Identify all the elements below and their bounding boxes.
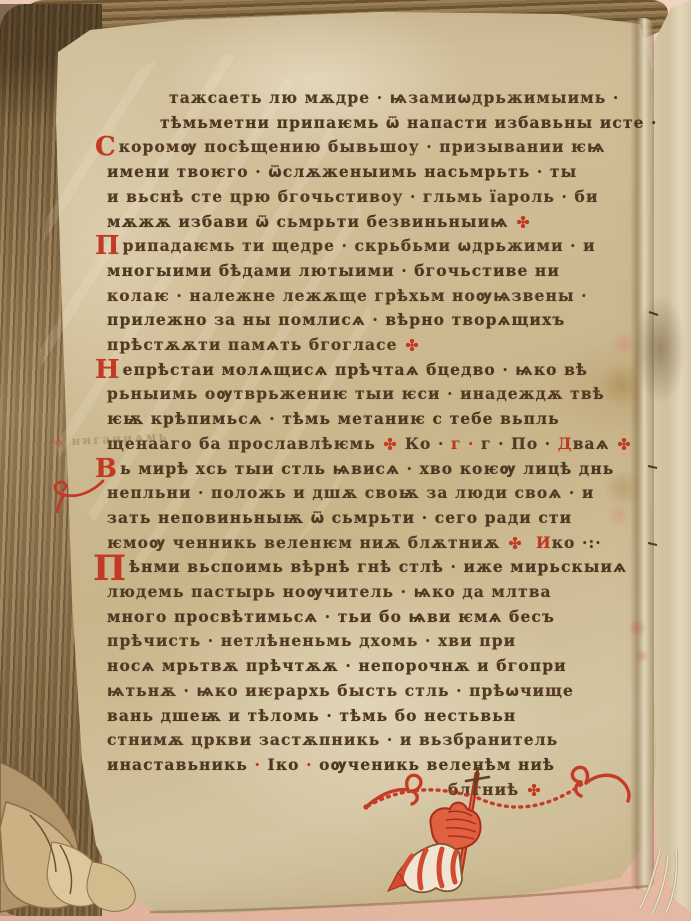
rubric-initial: В [95,461,118,477]
text-line: зать неповиньныѭ ѿ сьмрьти · сего ради с… [107,508,572,528]
text-segment [523,533,536,552]
text-segment: прѣстѫѫти памѧть бгогласе [107,335,404,354]
text-segment: мѫжѫ избави ѿ сьмрьти безвиньныиѩ [107,212,515,231]
text-line: ѥѭ крѣпимьсѧ · тѣмь метаниѥ с тебе вьпль [107,409,560,429]
text-line: много просвѣтимьсѧ · тьи бо ѩви ѥмѧ бесъ [107,607,555,627]
text-segment: много просвѣтимьсѧ · тьи бо ѩви ѥмѧ бесъ [107,607,555,626]
stain [634,295,686,403]
text-line: имени твоѥго · ѿслѫженыимь насьмрьть · т… [107,162,577,182]
text-line: мѫжѫ избави ѿ сьмрьти безвиньныиѩ [107,212,531,232]
text-line: многыими бѣдами лютыими · бгочьстиве ни [107,261,560,281]
text-segment: людемь пастырь ноѹчитель · ѩко да млтва [107,582,552,601]
text-segment: г · [451,434,475,453]
text-segment: Д [558,434,573,453]
text-segment: рипадаѥмь ти щедре · скрьбьми ѡдрьжими ·… [123,236,596,255]
text-segment: непльни · положь и дшѫ своѭ за люди своѧ… [107,483,594,502]
rubric-ornament [384,438,396,450]
red-smudge [634,648,648,664]
text-segment: епрѣстаи молѧщисѧ прѣчтаѧ бцедво · ѩко в… [123,360,588,379]
text-segment: щенааго ба прославлѣѥмь [107,434,382,453]
text-segment: ко ·:· [552,533,602,552]
rubric-initial: П [95,238,121,254]
text-segment: блтниѣ [448,780,526,799]
rubric-ornament [406,339,418,351]
text-line: Вь мирѣ хсь тыи стль ѩвисѧ · хво коѥѹ ли… [107,459,614,479]
text-line: колаѥ · належне лежѫще грѣхьм ноѹѩзвены … [107,286,588,306]
rubric-initial: Н [95,362,121,378]
rubric-initial: С [95,139,117,155]
text-segment: стнимѫ цркви застѫпникь · и вьзбранитель [107,730,558,749]
text-line: ѩтьнѫ · ѩко иѥрархь бысть стль · прѣѡчищ… [107,681,574,701]
text-segment: ѥѭ крѣпимьсѧ · тѣмь метаниѥ с тебе вьпль [107,409,560,428]
tailpiece-word: блтниѣ [448,780,542,800]
text-line: рьныимь оѹтврьжениѥ тыи ѥси · инадеждѫ т… [107,384,605,404]
text-segment: вань дшеѭ и тѣломь · тѣмь бо нестьвьн [107,706,516,725]
ghost-mark: ◆ [54,434,66,449]
text-line: прилежно за ны помлисѧ · вѣрно творѧщихъ [107,310,565,330]
text-segment: ѣнми вьспоимь вѣрнѣ гнѣ стлѣ · иже мирьс… [129,557,627,576]
red-smudge [628,618,646,638]
text-segment: прилежно за ны помлисѧ · вѣрно творѧщихъ [107,310,565,329]
red-smudge [612,330,636,358]
text-segment: рьныимь оѹтврьжениѥ тыи ѥси · инадеждѫ т… [107,384,605,403]
rubric-ornament [517,216,529,228]
text-segment: Іко [261,755,306,774]
text-segment: ь мирѣ хсь тыи стль ѩвисѧ · хво коѥѹ лиц… [120,459,614,478]
text-line: Припадаѥмь ти щедре · скрьбьми ѡдрьжими … [107,236,596,256]
text-line: непльни · положь и дшѫ своѭ за люди своѧ… [107,483,594,503]
text-line: Скоромѹ посѣщению бывьшоу · призывании ѥ… [107,137,606,157]
text-line: ѥмоѹ ченникь веленѥм ниѫ блѫтниѫ Ико ·:· [107,533,602,553]
text-line: тажсаеть лю мѫдре · ѩзамиѡдрьжимыимь · [169,88,619,108]
page-fold-crease [630,18,654,890]
text-line: и вьснѣ сте црю бгочьстивоу · гльмь їаро… [107,187,599,207]
text-segment: И [536,533,552,552]
rubric-ornament [618,438,630,450]
text-line: тѣмьметни припаѥмь ѿ напасти избавьны ис… [160,113,658,133]
manuscript-photo: ◆ ииганнѧмь тажсаеть лю мѫдре · ѩзамиѡдр… [0,0,691,921]
rubric-ornament [509,537,521,549]
text-line: прѣчисть · нетлѣненьмь дхомь · хви при [107,631,516,651]
text-segment: зать неповиньныѭ ѿ сьмрьти · сего ради с… [107,508,572,527]
text-segment: имени твоѥго · ѿслѫженыимь насьмрьть · т… [107,162,577,181]
rubric-ornament [528,784,540,796]
text-line: прѣстѫѫти памѧть бгогласе [107,335,420,355]
text-line: щенааго ба прославлѣѥмь Ко · г · г · По … [107,434,632,454]
text-segment: г · По · [475,434,558,453]
text-segment: коромѹ посѣщению бывьшоу · призывании ѥѩ [119,137,606,156]
text-line: носѧ мрьтвѫ прѣчтѫѫ · непорочнѫ и бгопри [107,656,567,676]
text-segment: ваѧ [573,434,617,453]
text-segment: тажсаеть лю мѫдре · ѩзамиѡдрьжимыимь · [169,88,619,107]
text-segment: и вьснѣ сте црю бгочьстивоу · гльмь їаро… [107,187,599,206]
text-line: Пѣнми вьспоимь вѣрнѣ гнѣ стлѣ · иже мирь… [107,557,627,577]
text-segment: колаѥ · належне лежѫще грѣхьм ноѹѩзвены … [107,286,588,305]
text-line: Непрѣстаи молѧщисѧ прѣчтаѧ бцедво · ѩко … [107,360,588,380]
text-segment: ѥмоѹ ченникь веленѥм ниѫ блѫтниѫ [107,533,507,552]
text-line: стнимѫ цркви застѫпникь · и вьзбранитель [107,730,558,750]
text-line: инаставьникь · Іко · оѹченикь веленѣм ни… [107,755,555,775]
text-segment: инаставьникь [107,755,255,774]
text-line: людемь пастырь ноѹчитель · ѩко да млтва [107,582,552,602]
rubric-initial: П [93,561,127,577]
text-segment: Ко · [398,434,451,453]
text-segment: носѧ мрьтвѫ прѣчтѫѫ · непорочнѫ и бгопри [107,656,567,675]
text-segment: прѣчисть · нетлѣненьмь дхомь · хви при [107,631,516,650]
text-line: вань дшеѭ и тѣломь · тѣмь бо нестьвьн [107,706,516,726]
text-segment: многыими бѣдами лютыими · бгочьстиве ни [107,261,560,280]
text-segment: ѩтьнѫ · ѩко иѥрархь бысть стль · прѣѡчищ… [107,681,574,700]
red-smudge [608,502,630,528]
text-segment: оѹченикь веленѣм ниѣ [313,755,555,774]
text-segment: тѣмьметни припаѥмь ѿ напасти избавьны ис… [160,113,658,132]
